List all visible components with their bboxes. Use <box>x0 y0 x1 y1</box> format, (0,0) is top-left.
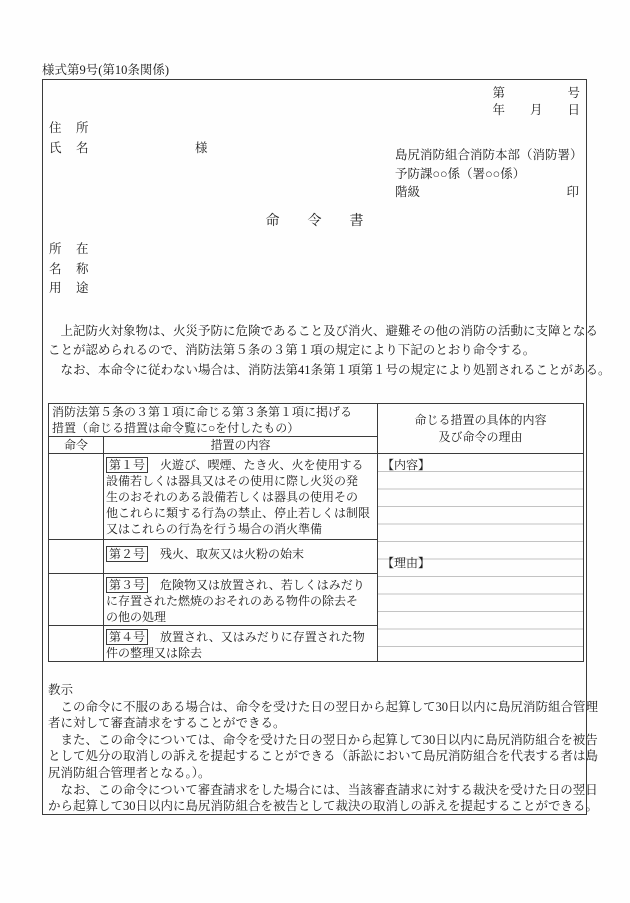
item-number-box: 第１号 <box>106 457 148 473</box>
item-number-box: 第３号 <box>106 577 148 593</box>
order-body-text: 上記防火対象物は、火災予防に危険であること及び消火、避難その他の消防の活動に支障… <box>48 322 611 380</box>
reason-label: 【理由】 <box>382 555 430 571</box>
table-header-measures: 消防法第５条の３第１項に命じる第３条第１項に掲げる 措置（命じる措置は命令覧に○… <box>49 404 378 437</box>
order-document-page: 様式第9号(第10条関係) 第 号 年 月 日 住 所 氏 名 様 島尻消防組合… <box>0 0 630 903</box>
order-mark-cell <box>49 574 104 626</box>
issuer-rank-label: 階級 <box>395 183 420 202</box>
detail-cell: 【内容】 【理由】 <box>378 454 584 662</box>
column-header-order: 命令 <box>49 437 104 454</box>
issuer-block: 島尻消防組合消防本部（消防署） 予防課○○係（署○○係） 階級 印 <box>395 146 579 202</box>
order-mark-cell <box>49 540 104 574</box>
date-line: 年 月 日 <box>492 100 580 118</box>
address-label: 住 所 <box>49 118 90 136</box>
honorific-sama: 様 <box>195 138 208 156</box>
table-row: 第４号 放置され、又はみだりに存置された物 件の整理又は除去 <box>104 626 378 662</box>
appeal-notice-text: 教示 この命令に不服のある場合は、命令を受けた日の翌日から起算して30日以内に島… <box>48 682 598 815</box>
measures-table: 消防法第５条の３第１項に命じる第３条第１項に掲げる 措置（命じる措置は命令覧に○… <box>48 403 584 662</box>
content-label: 【内容】 <box>382 457 583 473</box>
order-mark-cell <box>49 626 104 662</box>
order-mark-cell <box>49 454 104 540</box>
issuer-organization: 島尻消防組合消防本部（消防署） <box>395 146 579 165</box>
document-border-box: 第 号 年 月 日 住 所 氏 名 様 島尻消防組合消防本部（消防署） 予防課○… <box>42 79 587 815</box>
item-number-box: 第２号 <box>106 546 148 562</box>
issuer-section: 予防課○○係（署○○係） <box>395 165 579 184</box>
table-row: 第２号 残火、取灰又は火粉の始末 <box>104 540 378 574</box>
property-labels: 所 在 名 称 用 途 <box>49 240 90 299</box>
table-row: 第３号 危険物又は放置され、若しくはみだり に存置された燃焼のおそれのある物件の… <box>104 574 378 626</box>
table-header-detail: 命じる措置の具体的内容 及び命令の理由 <box>378 404 584 454</box>
seal-mark: 印 <box>566 183 579 202</box>
document-title: 命 令 書 <box>43 210 586 230</box>
form-number-label: 様式第9号(第10条関係) <box>42 60 169 78</box>
document-number-line: 第 号 <box>492 83 580 101</box>
name-label: 氏 名 <box>49 138 90 156</box>
measure-text: 残火、取灰又は火粉の始末 <box>148 547 304 561</box>
item-number-box: 第４号 <box>106 629 148 645</box>
column-header-measure: 措置の内容 <box>104 437 378 454</box>
table-row: 第１号 火遊び、喫煙、たき火、火を使用する 設備若しくは器具又はその使用に際し火… <box>104 454 378 540</box>
